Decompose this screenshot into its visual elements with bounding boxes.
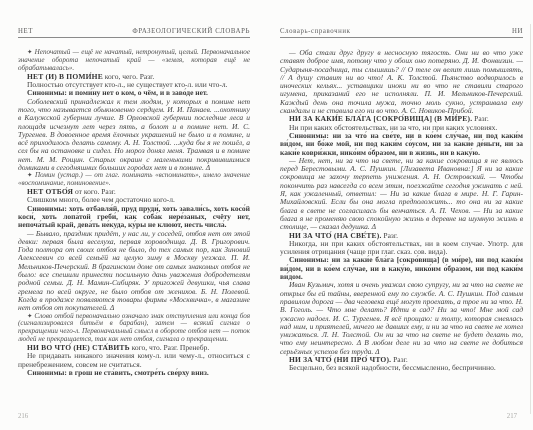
definition-paragraph: Никогда, ни при каких обстоятельствах, н…: [280, 240, 523, 257]
running-head-title: Словарь-справочник: [280, 28, 350, 35]
etymology-note: ✦ Помин (устар.) — от глаг. поминать «вс…: [18, 172, 250, 188]
synonyms-paragraph: Синонимы: ни за что́ на све́те, ни в ко́…: [280, 132, 523, 157]
etymology-note: ✦ Непочатый — ещё не начатый, нетронутый…: [18, 49, 250, 73]
florette-icon: ✦: [27, 49, 35, 56]
example-paragraph: — Нет, нет, ни за что на свете, ни за ка…: [280, 157, 523, 232]
florette-icon: ✦: [27, 172, 35, 179]
example-paragraph: Соболевский принадлежал к тем людям, у к…: [18, 98, 250, 173]
right-page-number: 217: [280, 413, 523, 420]
definition-paragraph: Не придавать никакого значения кому-л. и…: [18, 352, 250, 369]
florette-icon: ✦: [27, 313, 34, 320]
example-paragraph: Иван Кузьмич, хотя и очень уважал свою с…: [280, 281, 523, 356]
header-rule: [280, 37, 523, 38]
page-edge-line: [530, 24, 531, 414]
left-page-text: ✦ Непочатый — ещё не начатый, нетронутый…: [18, 49, 250, 397]
left-running-head: НЕТ ФРАЗЕОЛОГИЧЕСКИЙ СЛОВАРЬ: [18, 28, 250, 35]
right-page-text: — Оба стали друг другу в несносную тягос…: [280, 49, 523, 397]
running-head-keyword: НЕТ: [18, 28, 33, 35]
example-paragraph: — Бывало, праздник придёт, у нас ли, у с…: [18, 230, 250, 313]
running-head-keyword: НИ: [512, 28, 523, 35]
header-rule: [18, 37, 250, 38]
right-running-head: Словарь-справочник НИ: [280, 28, 523, 35]
synonyms-paragraph: Синонимы: в грош не ста́вить, смотре́ть …: [18, 369, 250, 377]
synonyms-paragraph: Синонимы: хоть отбавля́й, пруд пруди́, х…: [18, 205, 250, 230]
scanned-dictionary-spread: { "document": { "left_page": { "header_l…: [0, 0, 533, 430]
synonyms-paragraph: Синонимы: ни за каки́е бла́га [сокро́вищ…: [280, 256, 523, 281]
running-head-title: ФРАЗЕОЛОГИЧЕСКИЙ СЛОВАРЬ: [132, 28, 250, 35]
left-page: НЕТ ФРАЗЕОЛОГИЧЕСКИЙ СЛОВАРЬ ✦ Непочатый…: [18, 0, 250, 430]
left-page-number: 216: [18, 413, 250, 420]
definition-paragraph: Бесцельно, без всякой надобности, бессмы…: [280, 364, 523, 372]
example-paragraph: — Оба стали друг другу в несносную тягос…: [280, 49, 523, 115]
right-page: Словарь-справочник НИ — Оба стали друг д…: [280, 0, 523, 430]
etymology-note: ✦ Слово отбой первоначально означало зна…: [18, 313, 250, 345]
